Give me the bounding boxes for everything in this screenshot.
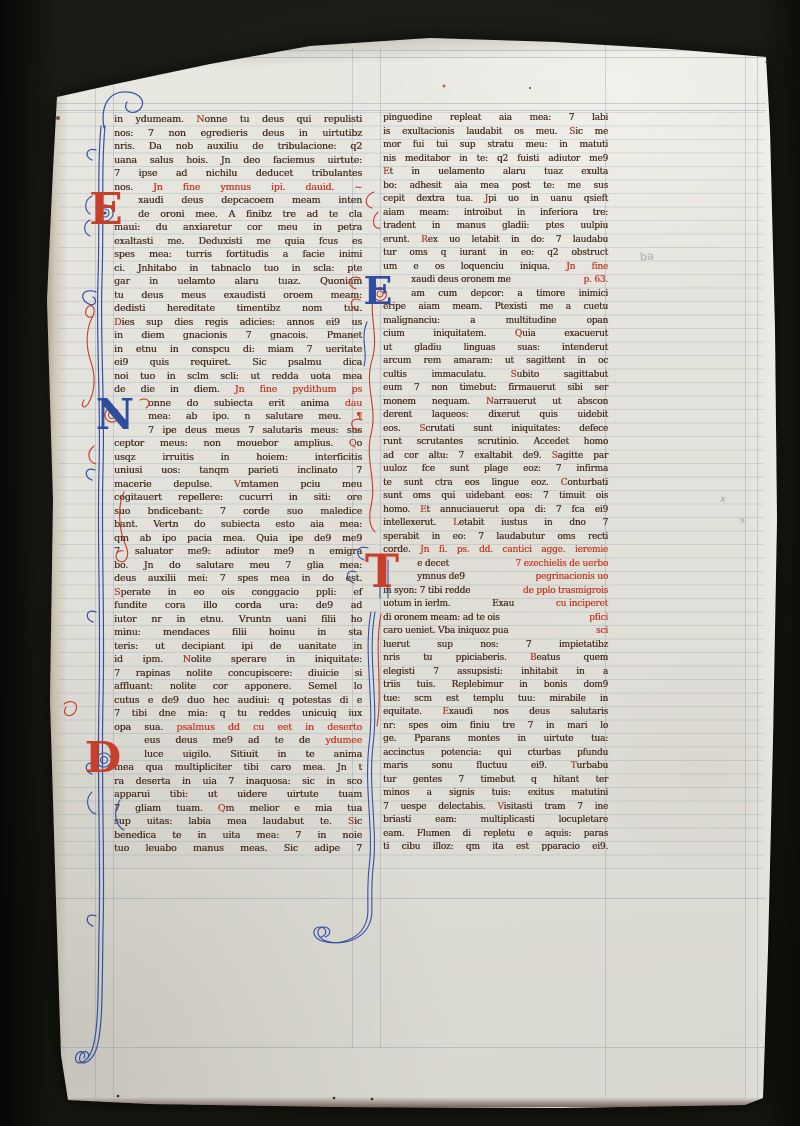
drop-cap-T-te-decet: T [360,546,404,596]
text-line: nis meditabor in te: q2 fuisti adiutor m… [383,153,608,167]
text-line: fundite cora illo corda ura: de9 ad [114,599,362,613]
text-line: um e os loquenciu iniqua. Jn fine [383,261,608,275]
column-right: pinguedine repleat aia mea: 7 labiis exu… [383,112,608,855]
text-line: deus auxilii mei: 7 spes mea in do est. [114,572,362,586]
text-line: in diem gnacionis 7 gnacois. Pmanet [114,329,362,343]
ruling-top-line-2 [50,57,766,58]
text-line: Dies sup dies regis adicies: annos ei9 u… [114,316,362,330]
text-line: 7 rapinas nolite concupiscere: diuicie s… [114,667,362,681]
text-line: ei9 quis requiret. Sic psalmu dica [114,356,362,370]
text-line: bo: adhesit aia mea post te: me sus [383,180,608,194]
text-line: eam. Flumen di repletu e aquis: paras [383,828,608,842]
text-line: runt scrutantes scrutinio. Accedet homo [383,436,608,450]
drop-cap-D-deus-deus-meus: D [82,734,124,782]
text-line: de oroni mee. A finibz tre ad te cla [114,208,362,222]
text-line: tue: scm est templu tuu: mirabile in [383,693,608,707]
ruling-bottom-line-1 [50,898,766,899]
text-line: eos. Scrutati sunt iniquitates: defece [383,423,608,437]
text-line: ci. Jnhitabo in tabnaclo tuo in scla: pt… [114,262,362,276]
text-line: eus deus me9 ad te de ydumee [114,734,362,748]
text-line: pinguedine repleat aia mea: 7 labi [383,112,608,126]
text-line: nos: 7 non egredieris deus in uirtutibz [114,127,362,141]
text-line: intellexerut. Letabit iustus in dno 7 [383,517,608,531]
text-line: am cum depcor: a timore inimici [383,288,608,302]
text-line: cium iniquitatem. Quia exacuerut [383,328,608,342]
text-line: affluant: nolite cor apponere. Semel lo [114,680,362,694]
text-line: id ipm. Nolite sperare in iniquitate: [114,653,362,667]
text-line: elegisti 7 assupsisti: inhitabit in a [383,666,608,680]
text-line: exaltasti me. Deduxisti me quia fcus es [114,235,362,249]
text-line: qm ab ipo pacia mea. Quia ipe de9 me9 [114,532,362,546]
text-line: minos a signis tuis: exitus matutini [383,787,608,801]
text-line: eripe aiam meam. Ptexisti me a cuetu [383,301,608,315]
text-line: ymnus de9pegrinacionis uo [383,571,608,585]
pencil-note: ba [639,249,654,263]
text-line: 7 saluator me9: adiutor me9 n emigra [114,545,362,559]
text-line: tu deus meus exaudisti oroem meam: [114,289,362,303]
text-line: arcum rem amaram: ut sagittent in oc [383,355,608,369]
text-line: accinctus potencia: qui cturbas pfundu [383,747,608,761]
text-line: cutus e de9 duo hec audiui: q potestas d… [114,694,362,708]
text-line: 7 ipe deus meus 7 salutaris meus: sus [114,424,362,438]
text-line: tur gentes 7 timebut q hitant ter [383,774,608,788]
drop-cap-N-nonne-deo: N [94,390,136,440]
text-line: xaudi deus oronem mep. 63. [383,274,608,288]
text-line: de die in diem. Jn fine pydithum ps [114,383,362,397]
text-line: bo. Jn do salutare meu 7 glia mea: [114,559,362,573]
text-line: apparui tibi: ut uidere uirtute tuam [114,788,362,802]
text-line: equitate. Exaudi nos deus salutaris [383,706,608,720]
text-line: luce uigilo. Sitiuit in te anima [114,748,362,762]
text-line: mea qua multipliciter tibi caro mea. Jn … [114,761,362,775]
text-line: 7 gliam tuam. Qm melior e mia tua [114,802,362,816]
text-line: monem nequam. Narrauerut ut abscon [383,396,608,410]
text-line: sperabit in eo: 7 laudabutur oms recti [383,531,608,545]
text-line: suo bndicebant: 7 corde suo maledice [114,505,362,519]
text-line: ti cibu illoz: qm ita est pparacio ei9. [383,841,608,855]
text-line: in syon: 7 tibi reddede pplo trasmigrois [383,585,608,599]
text-line: dedisti hereditate timentibz nom tuu. [114,302,362,316]
text-line: cultis immaculatu. Subito sagittabut [383,369,608,383]
text-line: nris. Da nob auxiliu de tribulacione: q2 [114,140,362,154]
column-left: in ydumeam. Nonne tu deus qui repulistin… [114,113,362,856]
text-line: usqz irruitis in hoiem: interficitis [114,451,362,465]
text-line: briasti eam: multiplicasti locupletare [383,814,608,828]
text-line: sunt oms qui uidebant eos: 7 timuit ois [383,490,608,504]
text-line: cogitauert repellere: cucurri in siti: o… [114,491,362,505]
text-line: ad cor altu: 7 exaltabit de9. Sagitte pa… [383,450,608,464]
ruling-bottom-line-2 [50,1047,766,1048]
text-line: tur oms q iurant in eo: q2 obstruct [383,247,608,261]
text-line: caro ueniet. Vba iniquoz puasci [383,625,608,639]
text-line: uniusi uos: tanqm parieti inclinato 7 [114,464,362,478]
text-line: sup uitas: labia mea laudabut te. Sic [114,815,362,829]
text-line: spes mea: turris fortitudis a facie inim… [114,248,362,262]
text-line: luerut sup nos: 7 impietatibz [383,639,608,653]
photo-of-manuscript-leaf: { "palette": { "background": "#171915", … [0,0,800,1126]
text-line: ge. Pparans montes in uirtute tua: [383,733,608,747]
text-line: maris sonu fluctuu ei9. Turbabu [383,760,608,774]
text-line: ceptor meus: non mouebor amplius. Qo [114,437,362,451]
ruling-header-line-1 [50,103,766,104]
text-line: Sperate in eo ois conggacio ppli: ef [114,586,362,600]
text-line: nr: spes oim finiu tre 7 in mari lo [383,720,608,734]
text-line: te sunt ctra eos lingue eoz. Conturbati [383,477,608,491]
manuscript-leaf: in ydumeam. Nonne tu deus qui repulistin… [0,0,800,1126]
text-line: xaudi deus depcacoem meam inten [114,194,362,208]
text-line: mea: ab ipo. n salutare meu. ¶ [114,410,362,424]
text-line: nos. Jn fine ymnus ipi. dauid. ~ [114,181,362,195]
text-line: onne do subiecta erit anima dau [114,397,362,411]
text-line: uotum in ierlm. Exaucu inciperet [383,598,608,612]
text-line: in etnu in conspcu di: miam 7 ueritate [114,343,362,357]
text-line: ra deserta in uia 7 inaquosa: sic in sco [114,775,362,789]
text-line: e decet7 ezechielis de uerbo [383,558,608,572]
text-line: di oronem meam: ad te oispfici [383,612,608,626]
text-line: eum 7 non timebut: firmauerut sibi ser [383,382,608,396]
text-line: tuo leuabo manus meas. Sic adipe 7 [114,842,362,856]
top-edge-shading [55,24,769,75]
ruling-top-line-1 [50,50,766,51]
text-line: macerie depulse. Vmtamen pciu meu [114,478,362,492]
leaf-shadow: in ydumeam. Nonne tu deus qui repulistin… [0,0,800,1126]
text-line: iutor nr in etnu. Vruntn uani filii ho [114,613,362,627]
text-line: malignanciu: a multitudine opan [383,315,608,329]
text-line: tradent in manus gladii: ptes uulpiu [383,220,608,234]
text-line: noi tuo in sclm scli: ut redda uota mea [114,370,362,384]
text-line: erunt. Rex uo letabit in do: 7 laudabu [383,234,608,248]
text-line: aiam meam: introibut in inferiora tre: [383,207,608,221]
text-line: 7 tibi dne mia: q tu reddes unicuiq iux [114,707,362,721]
text-line: homo. Et annuciauerut opa di: 7 fca ei9 [383,504,608,518]
text-line: maui: du anxiaretur cor meu in petra [114,221,362,235]
drop-cap-E-exaudi-orationem: E [358,270,398,312]
text-line: 7 ipse ad nichilu deducet tribulantes [114,167,362,181]
text-line: is exultacionis laudabit os meu. Sic me [383,126,608,140]
ruling-header-line-2 [50,110,766,111]
text-line: triis tuis. Replebimur in bonis dom9 [383,679,608,693]
text-line: teris: ut decipiant ipi de uanitate in [114,640,362,654]
text-line: bant. Vertn do subiecta esto aia mea: [114,518,362,532]
text-line: gar in uelamto alaru tuaz. Quoniam [114,275,362,289]
text-line: 7 uespe delectabis. Visitasti tram 7 ine [383,801,608,815]
text-line: minu: mendaces filii hoinu in sta [114,626,362,640]
bottom-edge-shading [58,1097,766,1107]
text-line: benedica te in uita mea: 7 in noie [114,829,362,843]
text-line: cepit dextra tua. Jpi uo in uanu qsieft [383,193,608,207]
text-line: uana salus hois. Jn deo faciemus uirtute… [114,154,362,168]
text-line: corde. Jn fi. ps. dd. cantici agge. iere… [383,544,608,558]
text-line: opa sua. psalmus dd cu eet in deserto [114,721,362,735]
text-line: nris tu ppiciaberis. Beatus quem [383,652,608,666]
text-line: derent laqueos: dixerut quis uidebit [383,409,608,423]
drop-cap-E-exaudi-deprecationem: E [84,186,128,234]
text-line: mor fui tui sup stratu meu: in matuti [383,139,608,153]
text-line: ut gladiu linguas suas: intenderut [383,342,608,356]
text-line: uuloz fce sunt plage eoz: 7 infirma [383,463,608,477]
text-line: in ydumeam. Nonne tu deus qui repulisti [114,113,362,127]
text-line: Et in uelamento alaru tuaz exulta [383,166,608,180]
